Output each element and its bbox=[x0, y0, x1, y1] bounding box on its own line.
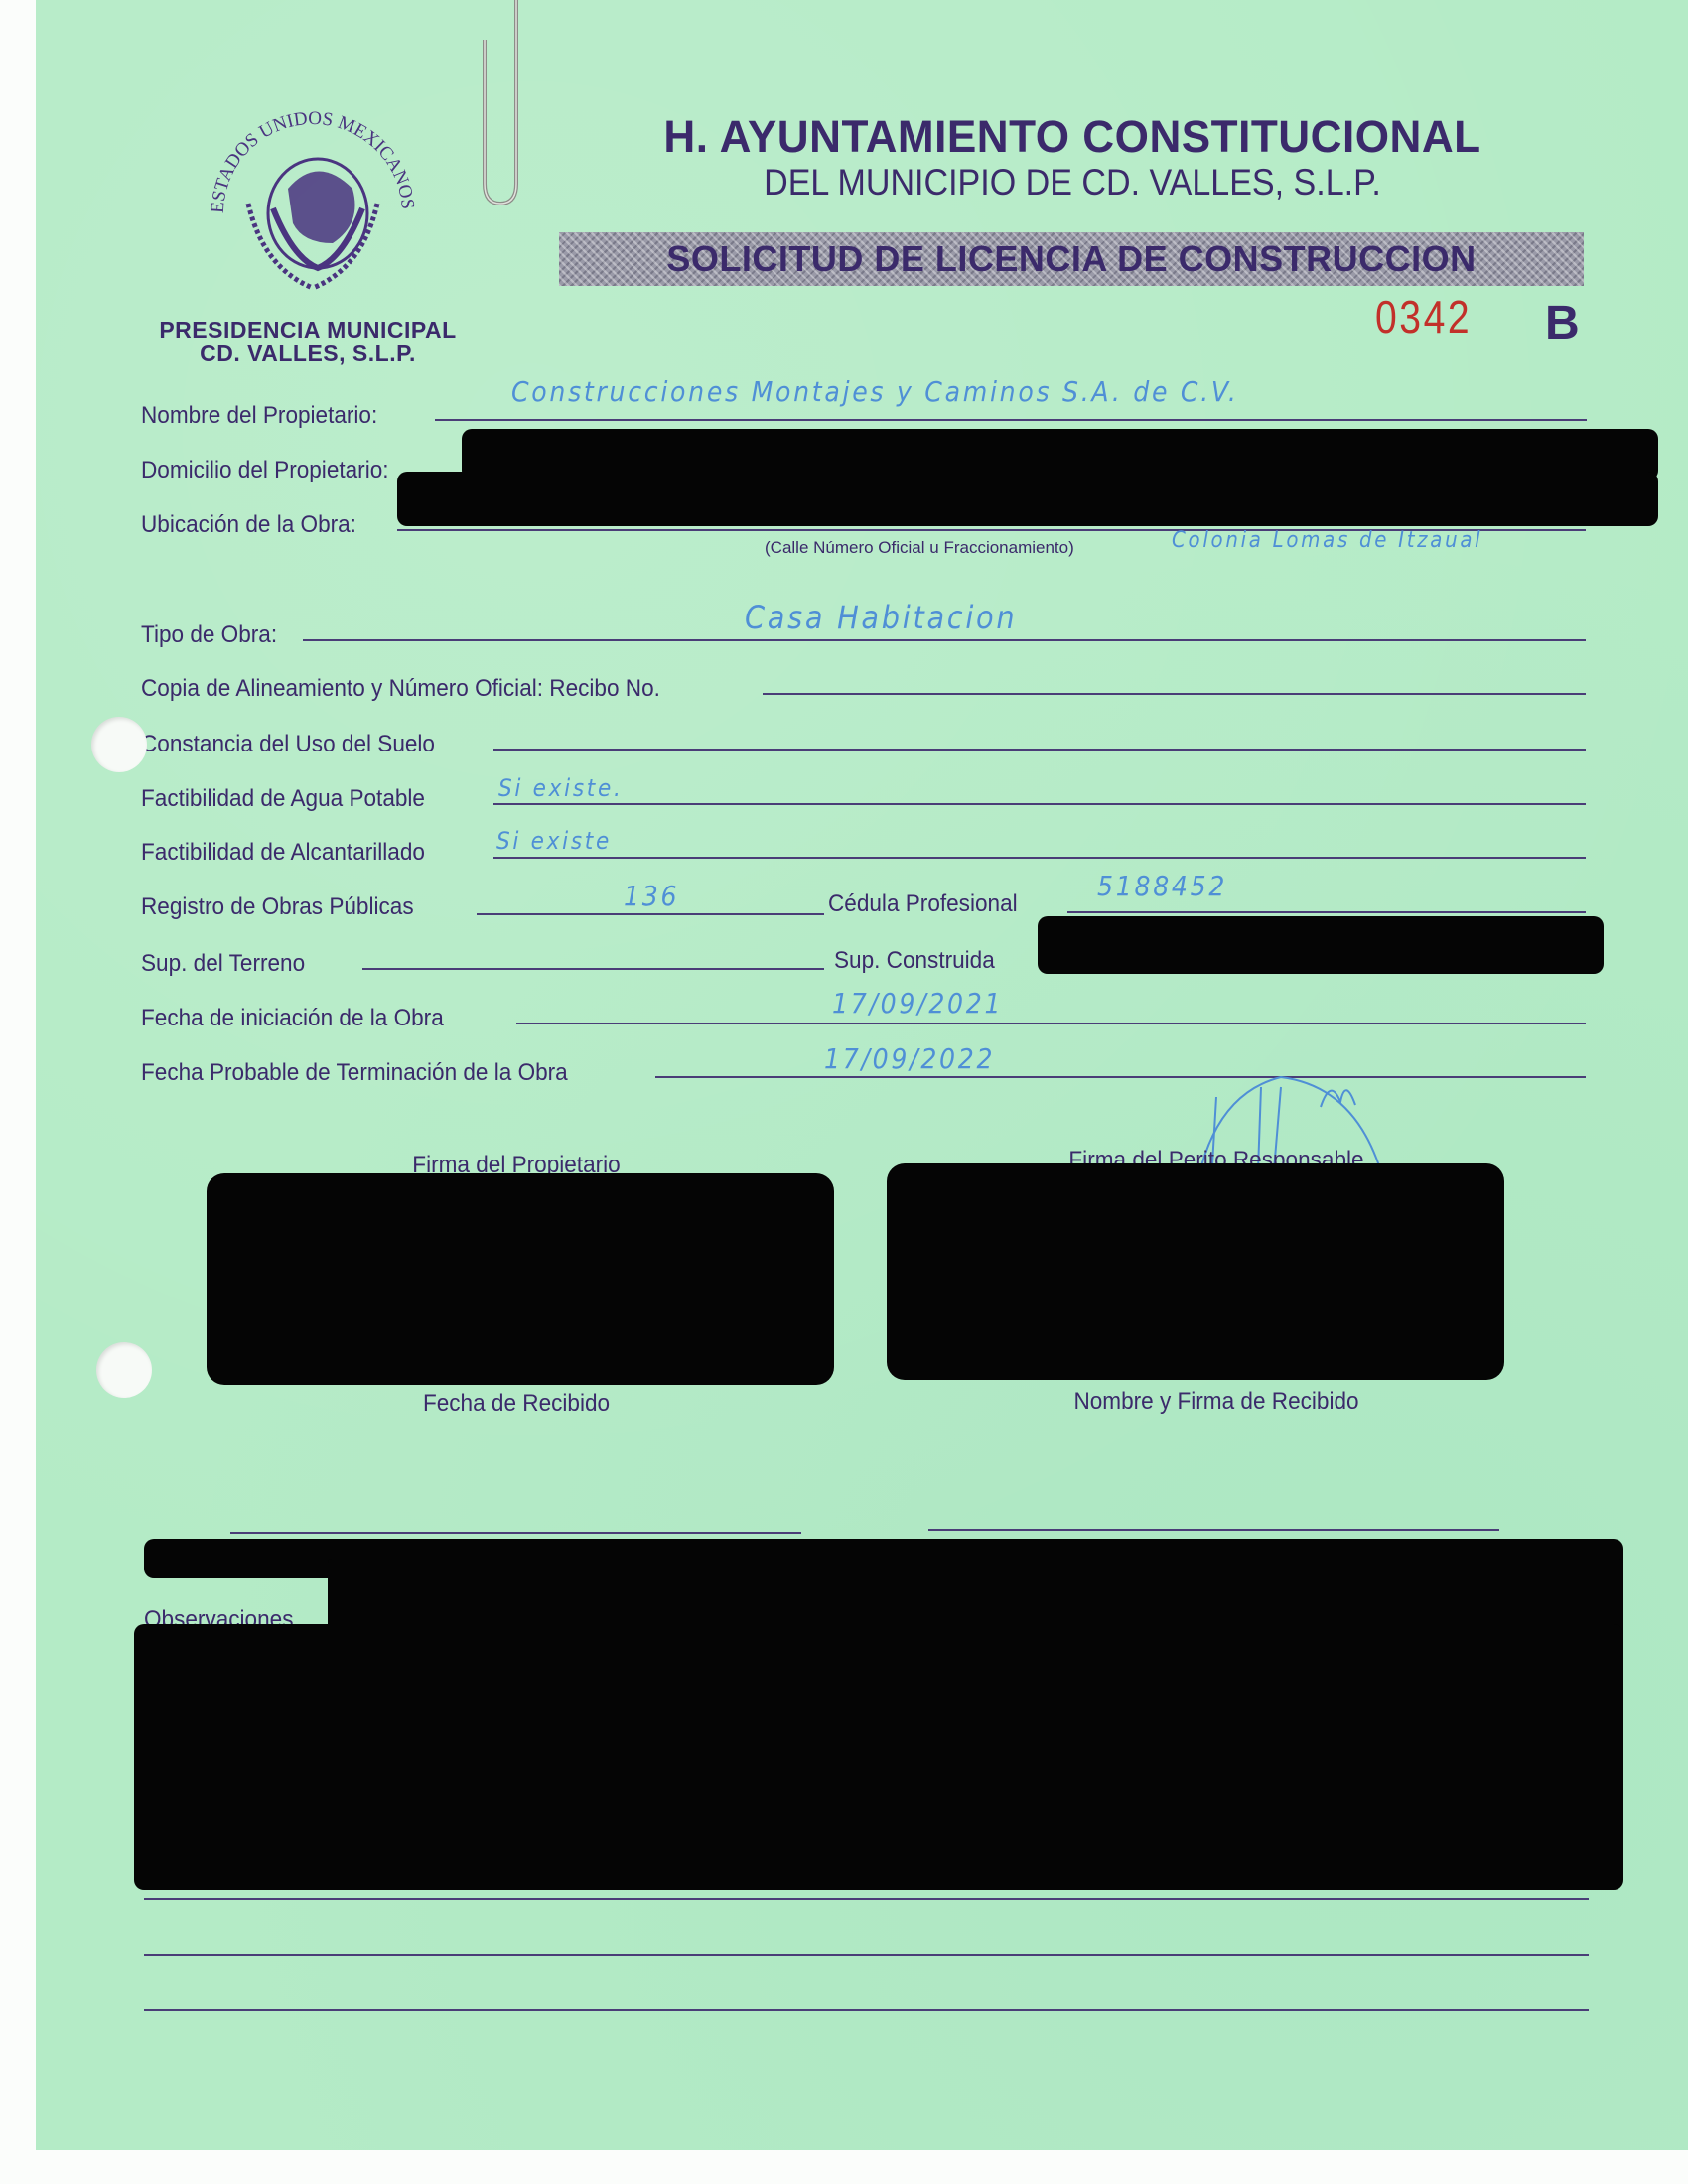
observations-line-1 bbox=[144, 1898, 1589, 1900]
land-use-line bbox=[493, 749, 1586, 751]
issuing-office: PRESIDENCIA MUNICIPAL CD. VALLES, S.L.P. bbox=[139, 318, 477, 365]
work-type-label: Tipo de Obra: bbox=[141, 621, 277, 649]
received-date-line bbox=[230, 1532, 801, 1534]
alignment-copy-label: Copia de Alineamiento y Número Oficial: … bbox=[141, 675, 660, 703]
alignment-copy-line bbox=[763, 693, 1586, 695]
redacted-work-location bbox=[397, 472, 1658, 526]
owner-name-label: Nombre del Propietario: bbox=[141, 402, 377, 430]
professional-id-line bbox=[1067, 911, 1586, 913]
land-area-line bbox=[362, 968, 824, 970]
page-title: H. AYUNTAMIENTO CONSTITUCIONAL bbox=[606, 111, 1540, 163]
punch-hole-top bbox=[91, 717, 147, 772]
work-type-field[interactable]: Casa Habitacion bbox=[745, 599, 1017, 636]
received-by-line bbox=[928, 1529, 1499, 1531]
sewer-line bbox=[493, 857, 1586, 859]
redacted-owner-signature bbox=[207, 1173, 834, 1385]
start-date-field[interactable]: 17/09/2021 bbox=[832, 987, 1003, 1020]
form-name-banner: SOLICITUD DE LICENCIA DE CONSTRUCCION bbox=[559, 232, 1584, 286]
owner-name-line bbox=[435, 419, 1587, 421]
redacted-observations-body bbox=[134, 1624, 1623, 1890]
paper-clip-icon bbox=[467, 0, 526, 213]
water-line bbox=[493, 803, 1586, 805]
end-date-field[interactable]: 17/09/2022 bbox=[824, 1042, 995, 1075]
land-area-label: Sup. del Terreno bbox=[141, 950, 305, 978]
water-field[interactable]: Si existe. bbox=[498, 774, 624, 802]
owner-address-label: Domicilio del Propietario: bbox=[141, 457, 389, 484]
public-works-registry-label: Registro de Obras Públicas bbox=[141, 893, 414, 921]
built-area-label: Sup. Construida bbox=[834, 947, 995, 975]
professional-id-label: Cédula Profesional bbox=[828, 890, 1018, 918]
redacted-expert-signature bbox=[887, 1163, 1504, 1380]
water-label: Factibilidad de Agua Potable bbox=[141, 785, 425, 813]
folio-number: 0342 bbox=[1375, 290, 1472, 343]
public-works-registry-field[interactable]: 136 bbox=[624, 880, 679, 912]
received-date-label: Fecha de Recibido bbox=[311, 1390, 722, 1418]
office-city: CD. VALLES, S.L.P. bbox=[139, 341, 477, 365]
work-type-line bbox=[303, 639, 1586, 641]
land-use-label: Constancia del Uso del Suelo bbox=[141, 731, 435, 758]
form-name: SOLICITUD DE LICENCIA DE CONSTRUCCION bbox=[559, 238, 1584, 280]
sewer-label: Factibilidad de Alcantarillado bbox=[141, 839, 425, 867]
end-date-line bbox=[655, 1076, 1586, 1078]
observations-line-3 bbox=[144, 2009, 1589, 2011]
mexican-coat-of-arms-icon: ESTADOS UNIDOS MEXICANOS bbox=[194, 94, 432, 303]
owner-name-field[interactable]: Construcciones Montajes y Caminos S.A. d… bbox=[511, 375, 1239, 408]
observations-line-2 bbox=[144, 1954, 1589, 1956]
office-name: PRESIDENCIA MUNICIPAL bbox=[139, 318, 477, 341]
start-date-line bbox=[516, 1023, 1586, 1024]
received-by-label: Nombre y Firma de Recibido bbox=[1007, 1388, 1427, 1416]
professional-id-field[interactable]: 5188452 bbox=[1097, 870, 1227, 902]
end-date-label: Fecha Probable de Terminación de la Obra bbox=[141, 1059, 568, 1087]
punch-hole-bottom bbox=[96, 1342, 152, 1398]
page-subtitle: DEL MUNICIPIO DE CD. VALLES, S.L.P. bbox=[633, 162, 1510, 204]
sewer-field[interactable]: Si existe bbox=[496, 827, 612, 855]
work-location-extra[interactable]: Colonia Lomas de Itzaual bbox=[1172, 528, 1482, 553]
redacted-built-area bbox=[1038, 916, 1604, 974]
form-series: B bbox=[1545, 296, 1580, 350]
work-location-hint: (Calle Número Oficial u Fraccionamiento) bbox=[765, 538, 1074, 558]
start-date-label: Fecha de iniciación de la Obra bbox=[141, 1005, 444, 1032]
work-location-label: Ubicación de la Obra: bbox=[141, 511, 356, 539]
public-works-registry-line bbox=[477, 913, 824, 915]
